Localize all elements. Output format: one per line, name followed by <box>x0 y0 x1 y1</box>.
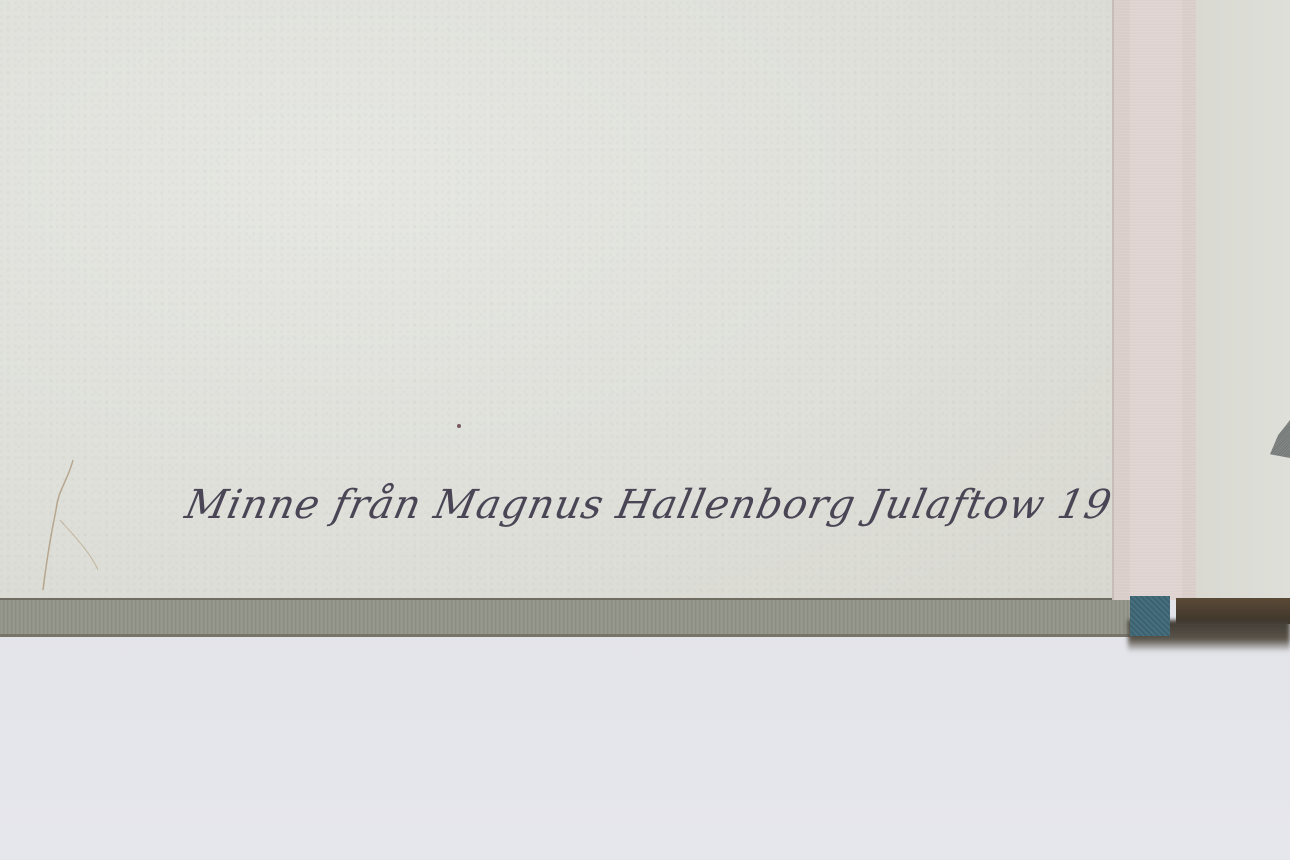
paper-crease <box>18 450 98 600</box>
facing-page <box>1196 0 1290 598</box>
ink-speck <box>457 424 461 428</box>
cover-board-edge <box>0 598 1132 637</box>
inside-cover-page: Minne från Magnus Hallenborg Julaftow 19… <box>0 0 1130 600</box>
spine-cloth <box>1130 596 1170 636</box>
handwritten-inscription: Minne från Magnus Hallenborg Julaftow 19… <box>181 482 1183 528</box>
cloth-hinge <box>1112 0 1200 600</box>
book-photo: Minne från Magnus Hallenborg Julaftow 19… <box>0 0 1290 860</box>
